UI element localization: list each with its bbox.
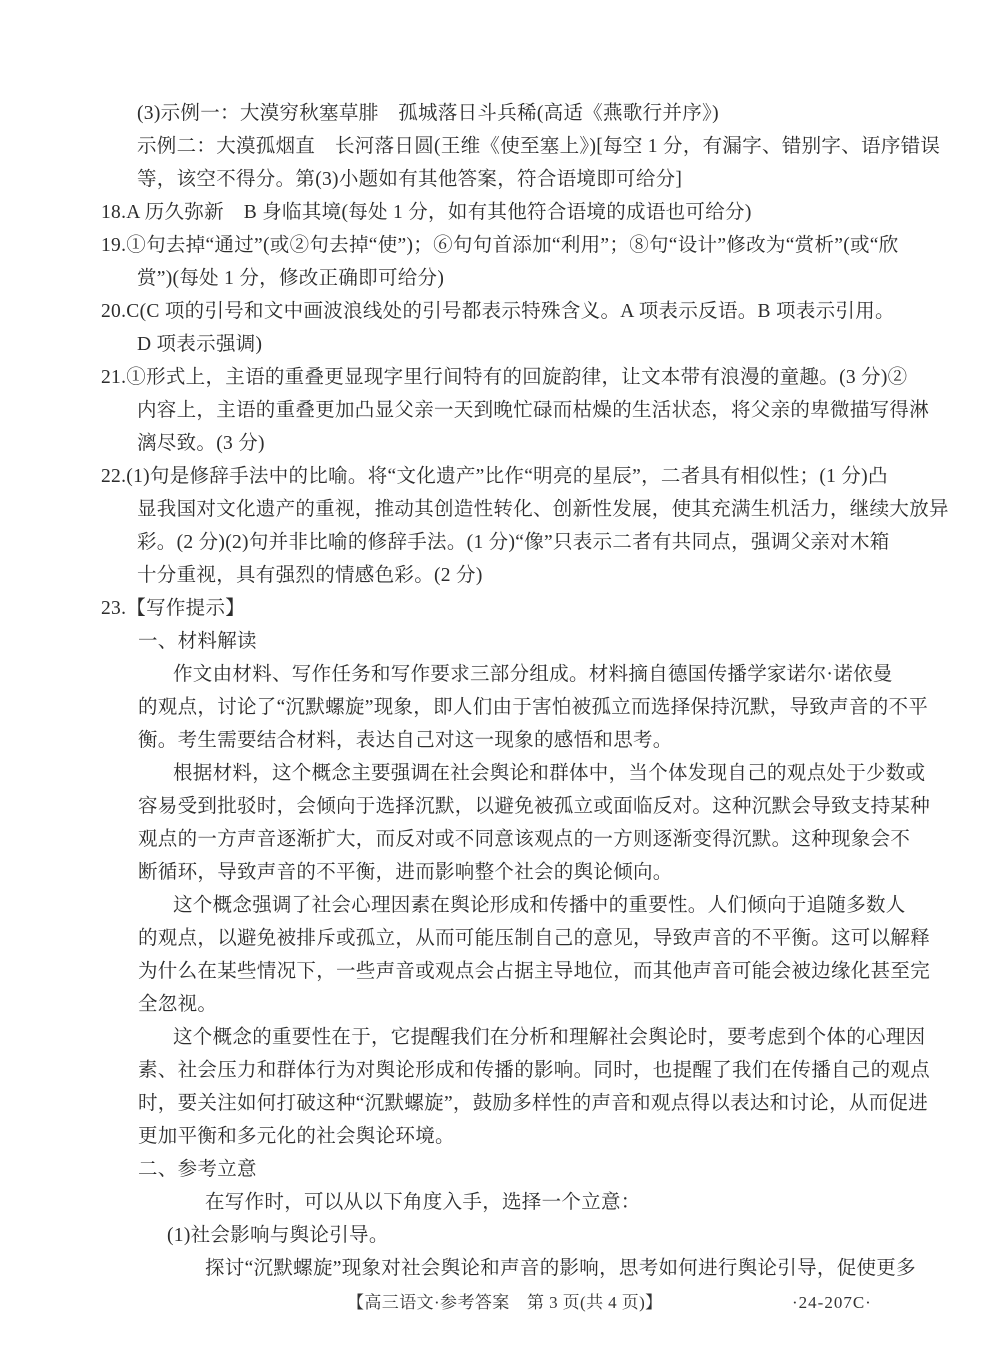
text-line: 在写作时，可以从以下角度入手，选择一个立意： [205, 1186, 916, 1219]
text-line: 22.(1)句是修辞手法中的比喻。将“文化遗产”比作“明亮的星辰”，二者具有相似… [101, 460, 916, 493]
text-line: 21.①形式上，主语的重叠更显现字里行间特有的回旋韵律，让文本带有浪漫的童趣。(… [101, 361, 916, 394]
text-line: 这个概念强调了社会心理因素在舆论形成和传播中的重要性。人们倾向于追随多数人 [173, 889, 916, 922]
page-footer: 【高三语文·参考答案 第 3 页(共 4 页)】 ·24-207C· [0, 1291, 1000, 1315]
text-line: D 项表示强调) [137, 328, 916, 361]
footer-title-page-label: 【高三语文·参考答案 第 3 页(共 4 页)】 [347, 1291, 663, 1315]
text-line: 全忽视。 [138, 988, 916, 1021]
text-line: 为什么在某些情况下，一些声音或观点会占据主导地位，而其他声音可能会被边缘化甚至完 [138, 955, 916, 988]
text-line: 时，要关注如何打破这种“沉默螺旋”，鼓励多样性的声音和观点得以表达和讨论，从而促… [138, 1087, 916, 1120]
text-line: (3)示例一：大漠穷秋塞草腓 孤城落日斗兵稀(高适《燕歌行并序》) [137, 97, 916, 130]
text-line: 一、材料解读 [138, 625, 916, 658]
text-line: 19.①句去掉“通过”(或②句去掉“使”)；⑥句句首添加“利用”；⑧句“设计”修… [101, 229, 916, 262]
text-line: 的观点，讨论了“沉默螺旋”现象，即人们由于害怕被孤立而选择保持沉默，导致声音的不… [138, 691, 916, 724]
text-line: 素、社会压力和群体行为对舆论形成和传播的影响。同时，也提醒了我们在传播自己的观点 [138, 1054, 916, 1087]
text-line: 作文由材料、写作任务和写作要求三部分组成。材料摘自德国传播学家诺尔·诺依曼 [173, 658, 916, 691]
text-line: 断循环，导致声音的不平衡，进而影响整个社会的舆论倾向。 [138, 856, 916, 889]
text-line: 20.C(C 项的引号和文中画波浪线处的引号都表示特殊含义。A 项表示反语。B … [101, 295, 916, 328]
text-line: 漓尽致。(3 分) [137, 427, 916, 460]
footer-paper-code: ·24-207C· [792, 1291, 872, 1315]
text-line: 18.A 历久弥新 B 身临其境(每处 1 分，如有其他符合语境的成语也可给分) [101, 196, 916, 229]
text-line: 彩。(2 分)(2)句并非比喻的修辞手法。(1 分)“像”只表示二者有共同点，强… [137, 526, 916, 559]
scanned-answer-page: (3)示例一：大漠穷秋塞草腓 孤城落日斗兵稀(高适《燕歌行并序》)示例二：大漠孤… [0, 0, 1000, 1369]
text-line: 十分重视，具有强烈的情感色彩。(2 分) [137, 559, 916, 592]
text-line: 等，该空不得分。第(3)小题如有其他答案，符合语境即可给分] [137, 163, 916, 196]
text-line: 观点的一方声音逐渐扩大，而反对或不同意该观点的一方则逐渐变得沉默。这种现象会不 [138, 823, 916, 856]
text-line: 这个概念的重要性在于，它提醒我们在分析和理解社会舆论时，要考虑到个体的心理因 [173, 1021, 916, 1054]
text-line: 23.【写作提示】 [101, 592, 916, 625]
text-line: 内容上，主语的重叠更加凸显父亲一天到晚忙碌而枯燥的生活状态，将父亲的卑微描写得淋 [137, 394, 916, 427]
text-line: 示例二：大漠孤烟直 长河落日圆(王维《使至塞上》)[每空 1 分，有漏字、错别字… [137, 130, 916, 163]
text-line: 更加平衡和多元化的社会舆论环境。 [138, 1120, 916, 1153]
text-line: 探讨“沉默螺旋”现象对社会舆论和声音的影响，思考如何进行舆论引导，促使更多 [205, 1252, 916, 1285]
text-line: 容易受到批驳时，会倾向于选择沉默，以避免被孤立或面临反对。这种沉默会导致支持某种 [138, 790, 916, 823]
text-line: 衡。考生需要结合材料，表达自己对这一现象的感悟和思考。 [138, 724, 916, 757]
text-line: 二、参考立意 [138, 1153, 916, 1186]
text-line: 的观点，以避免被排斥或孤立，从而可能压制自己的意见，导致声音的不平衡。这可以解释 [138, 922, 916, 955]
text-line: (1)社会影响与舆论引导。 [167, 1219, 916, 1252]
text-line: 显我国对文化遗产的重视，推动其创造性转化、创新性发展，使其充满生机活力，继续大放… [137, 493, 916, 526]
answer-text-block: (3)示例一：大漠穷秋塞草腓 孤城落日斗兵稀(高适《燕歌行并序》)示例二：大漠孤… [101, 97, 916, 1285]
text-line: 赏”)(每处 1 分，修改正确即可给分) [137, 262, 916, 295]
text-line: 根据材料，这个概念主要强调在社会舆论和群体中，当个体发现自己的观点处于少数或 [173, 757, 916, 790]
